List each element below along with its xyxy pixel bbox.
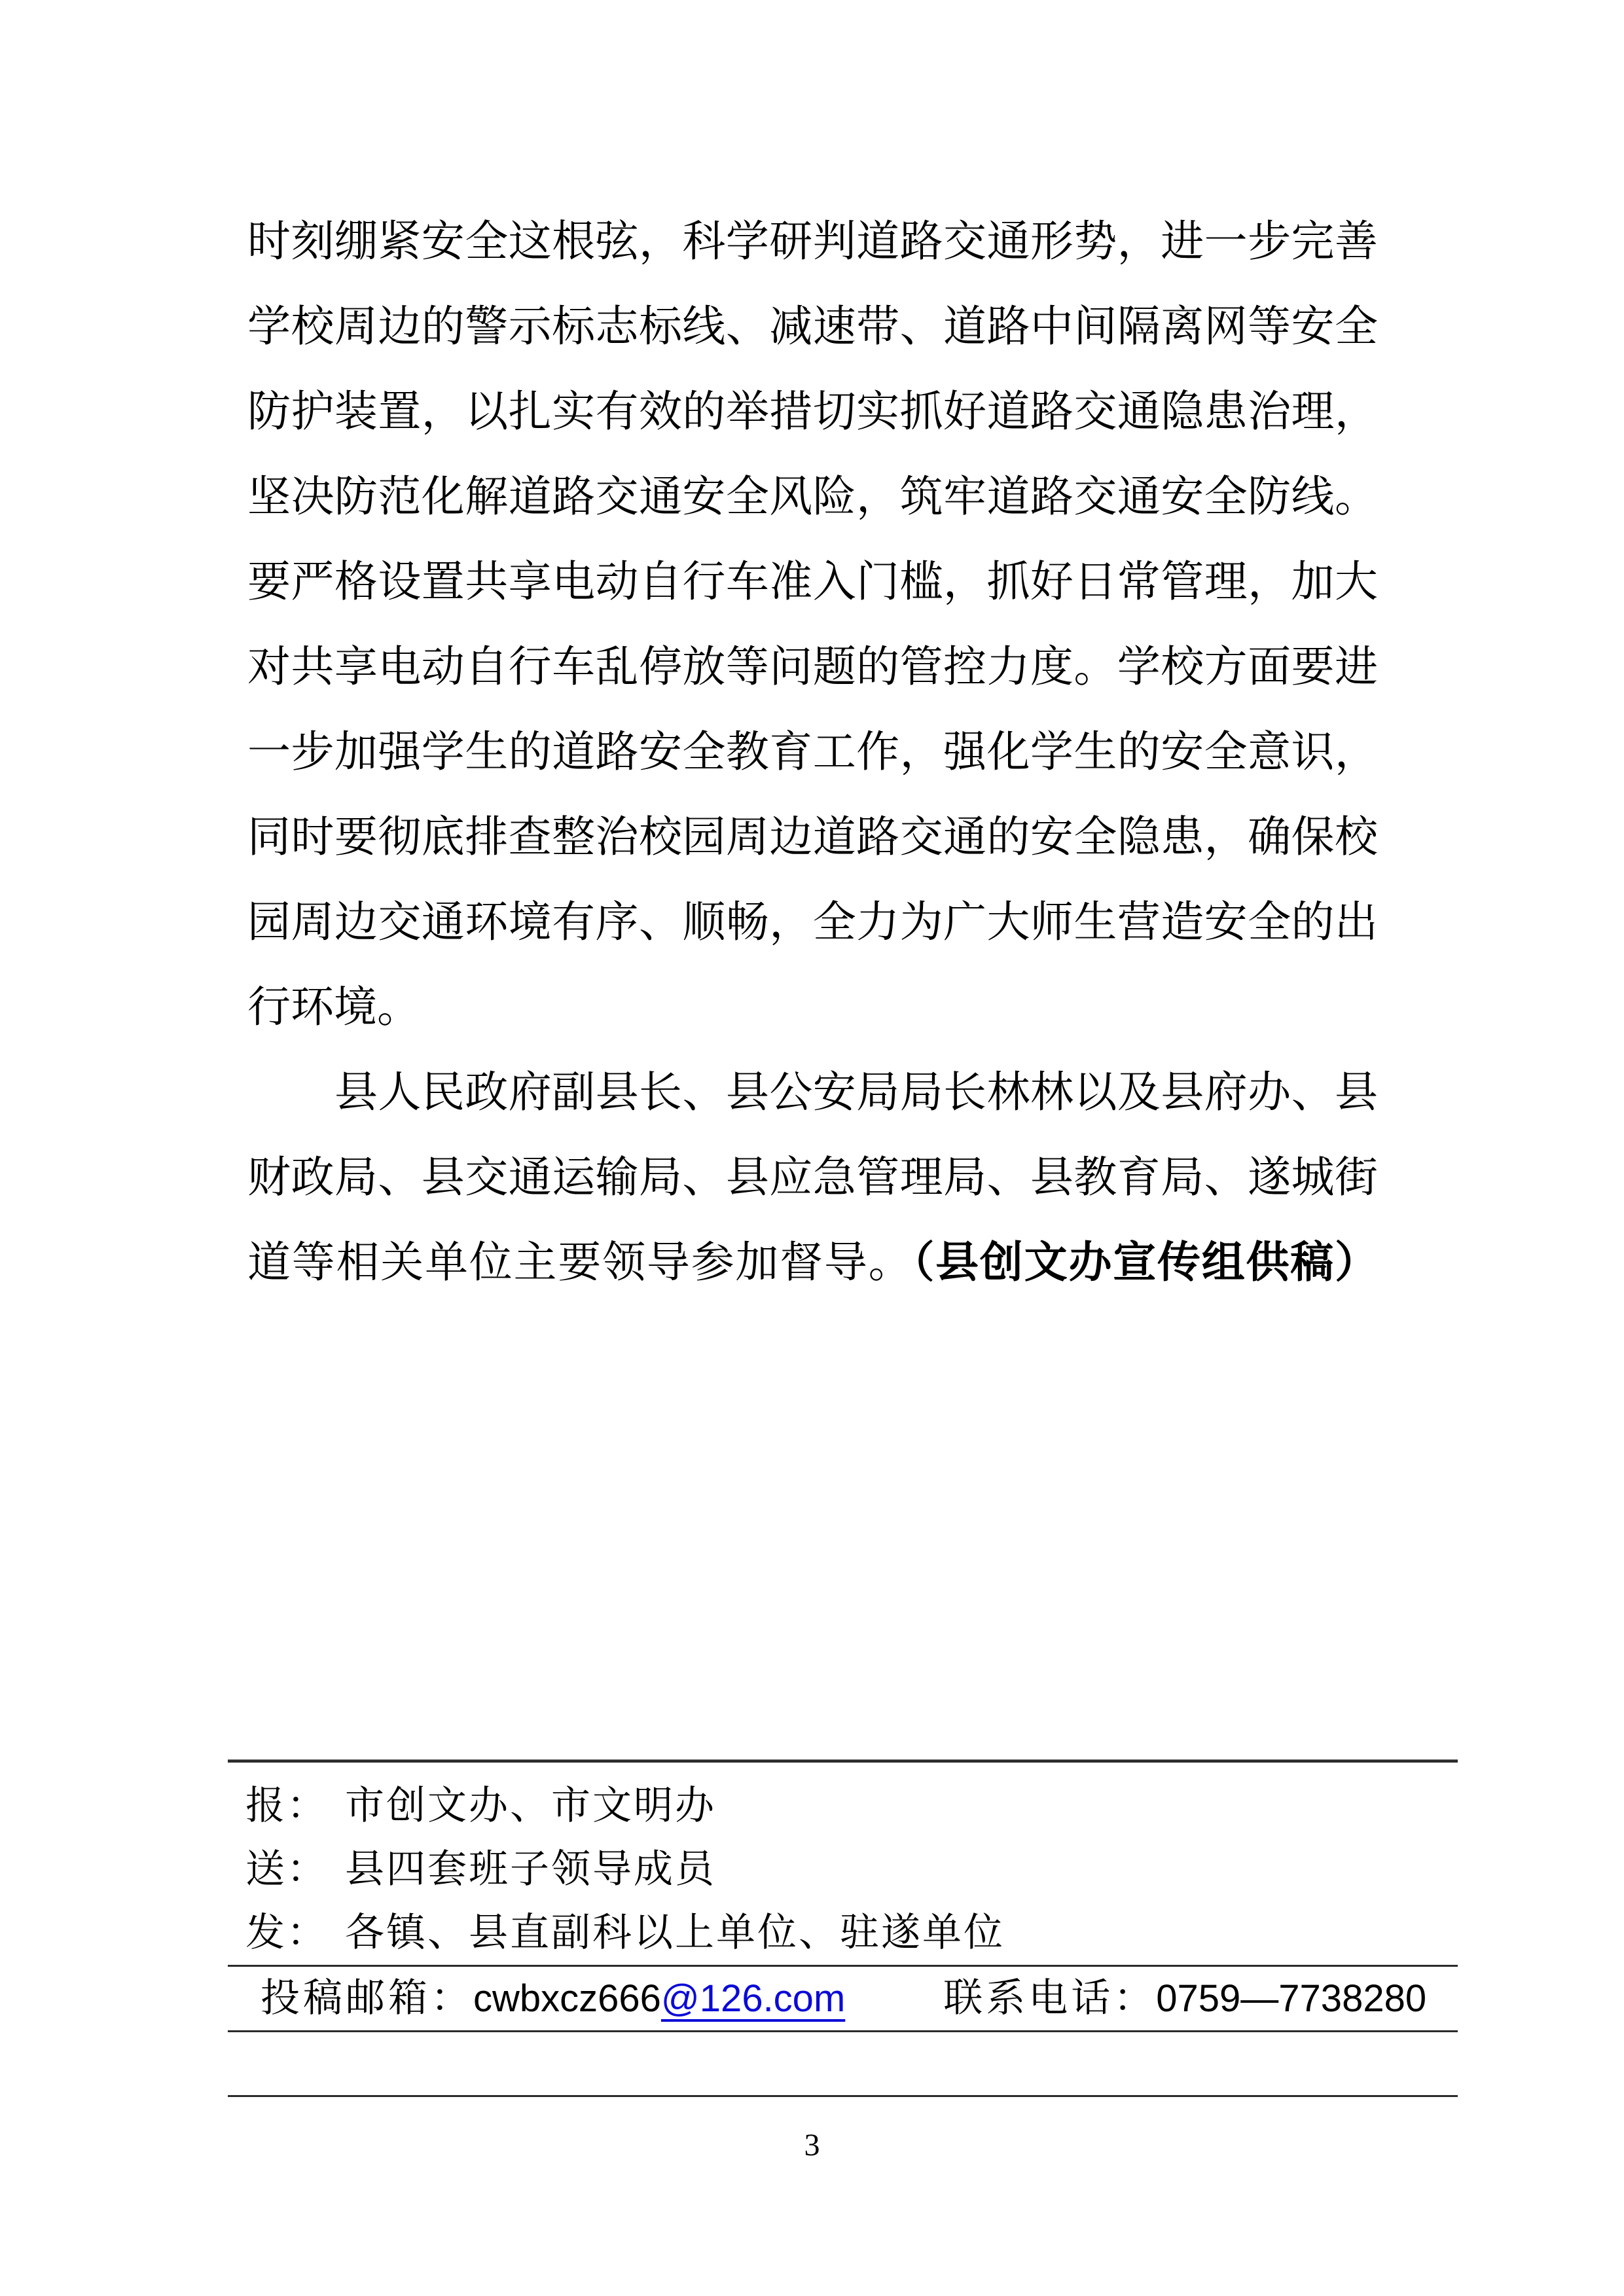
body-line-text: 道等相关单位主要领导参加督导。 bbox=[247, 1239, 912, 1287]
document-body: 时刻绷紧安全这根弦，科学研判道路交通形势，进一步完善 学校周边的警示标志标线、减… bbox=[247, 200, 1378, 1306]
issue-value: 各镇、县直副科以上单位、驻遂单位 bbox=[345, 1911, 1005, 1954]
body-line: 财政局、县交通运输局、县应急管理局、县教育局、遂城街 bbox=[247, 1136, 1378, 1221]
send-value: 县四套班子领导成员 bbox=[345, 1848, 716, 1891]
colophon-rows: 报：市创文办、市文明办 送：县四套班子领导成员 发：各镇、县直副科以上单位、驻遂… bbox=[228, 1774, 1458, 1965]
colophon-gap bbox=[228, 2032, 1458, 2095]
body-line: 要严格设置共享电动自行车准入门槛，抓好日常管理，加大 bbox=[247, 540, 1378, 625]
body-line: 同时要彻底排查整治校园周边道路交通的安全隐患，确保校 bbox=[247, 795, 1378, 880]
colophon-row-issue: 发：各镇、县直副科以上单位、驻遂单位 bbox=[228, 1901, 1458, 1965]
body-line: 防护装置，以扎实有效的举措切实抓好道路交通隐患治理， bbox=[247, 370, 1378, 455]
document-page: 时刻绷紧安全这根弦，科学研判道路交通形势，进一步完善 学校周边的警示标志标线、减… bbox=[0, 0, 1624, 2296]
send-label: 送： bbox=[245, 1848, 328, 1891]
email-user: cwbxcz666 bbox=[473, 1977, 661, 2020]
body-line: 学校周边的警示标志标线、减速带、道路中间隔离网等安全 bbox=[247, 285, 1378, 370]
divider-rule-top bbox=[228, 1759, 1458, 1763]
attribution-bold-text: （县创文办宣传组供稿） bbox=[912, 1239, 1378, 1287]
phone-number: 0759—7738280 bbox=[1156, 1977, 1426, 2020]
colophon-row-report: 报：市创文办、市文明办 bbox=[228, 1774, 1458, 1838]
body-line: 行环境。 bbox=[247, 965, 1378, 1050]
email-label: 投稿邮箱： bbox=[261, 1977, 473, 2020]
phone-group: 联系电话：0759—7738280 bbox=[943, 1977, 1426, 2020]
body-line: 坚决防范化解道路交通安全风险，筑牢道路交通安全防线。 bbox=[247, 455, 1378, 540]
issue-label: 发： bbox=[245, 1911, 328, 1954]
body-line: 时刻绷紧安全这根弦，科学研判道路交通形势，进一步完善 bbox=[247, 200, 1378, 285]
body-line: 园周边交通环境有序、顺畅，全力为广大师生营造安全的出 bbox=[247, 880, 1378, 965]
body-line: 道等相关单位主要领导参加督导。（县创文办宣传组供稿） bbox=[247, 1221, 1378, 1306]
phone-label: 联系电话： bbox=[943, 1977, 1156, 2020]
report-value: 市创文办、市文明办 bbox=[345, 1784, 716, 1827]
email-link[interactable]: @126.com bbox=[661, 1977, 845, 2020]
report-label: 报： bbox=[245, 1784, 328, 1827]
body-line: 对共享电动自行车乱停放等问题的管控力度。学校方面要进 bbox=[247, 625, 1378, 710]
colophon-row-send: 送：县四套班子领导成员 bbox=[228, 1838, 1458, 1901]
colophon: 报：市创文办、市文明办 送：县四套班子领导成员 发：各镇、县直副科以上单位、驻遂… bbox=[228, 1759, 1458, 2097]
body-line: 一步加强学生的道路安全教育工作，强化学生的安全意识， bbox=[247, 710, 1378, 795]
divider-rule-bottom bbox=[228, 2095, 1458, 2097]
page-number: 3 bbox=[0, 2126, 1624, 2165]
body-line: 县人民政府副县长、县公安局局长林林以及县府办、县 bbox=[247, 1050, 1378, 1136]
contact-line: 投稿邮箱：cwbxcz666@126.com联系电话：0759—7738280 bbox=[228, 1967, 1458, 2030]
